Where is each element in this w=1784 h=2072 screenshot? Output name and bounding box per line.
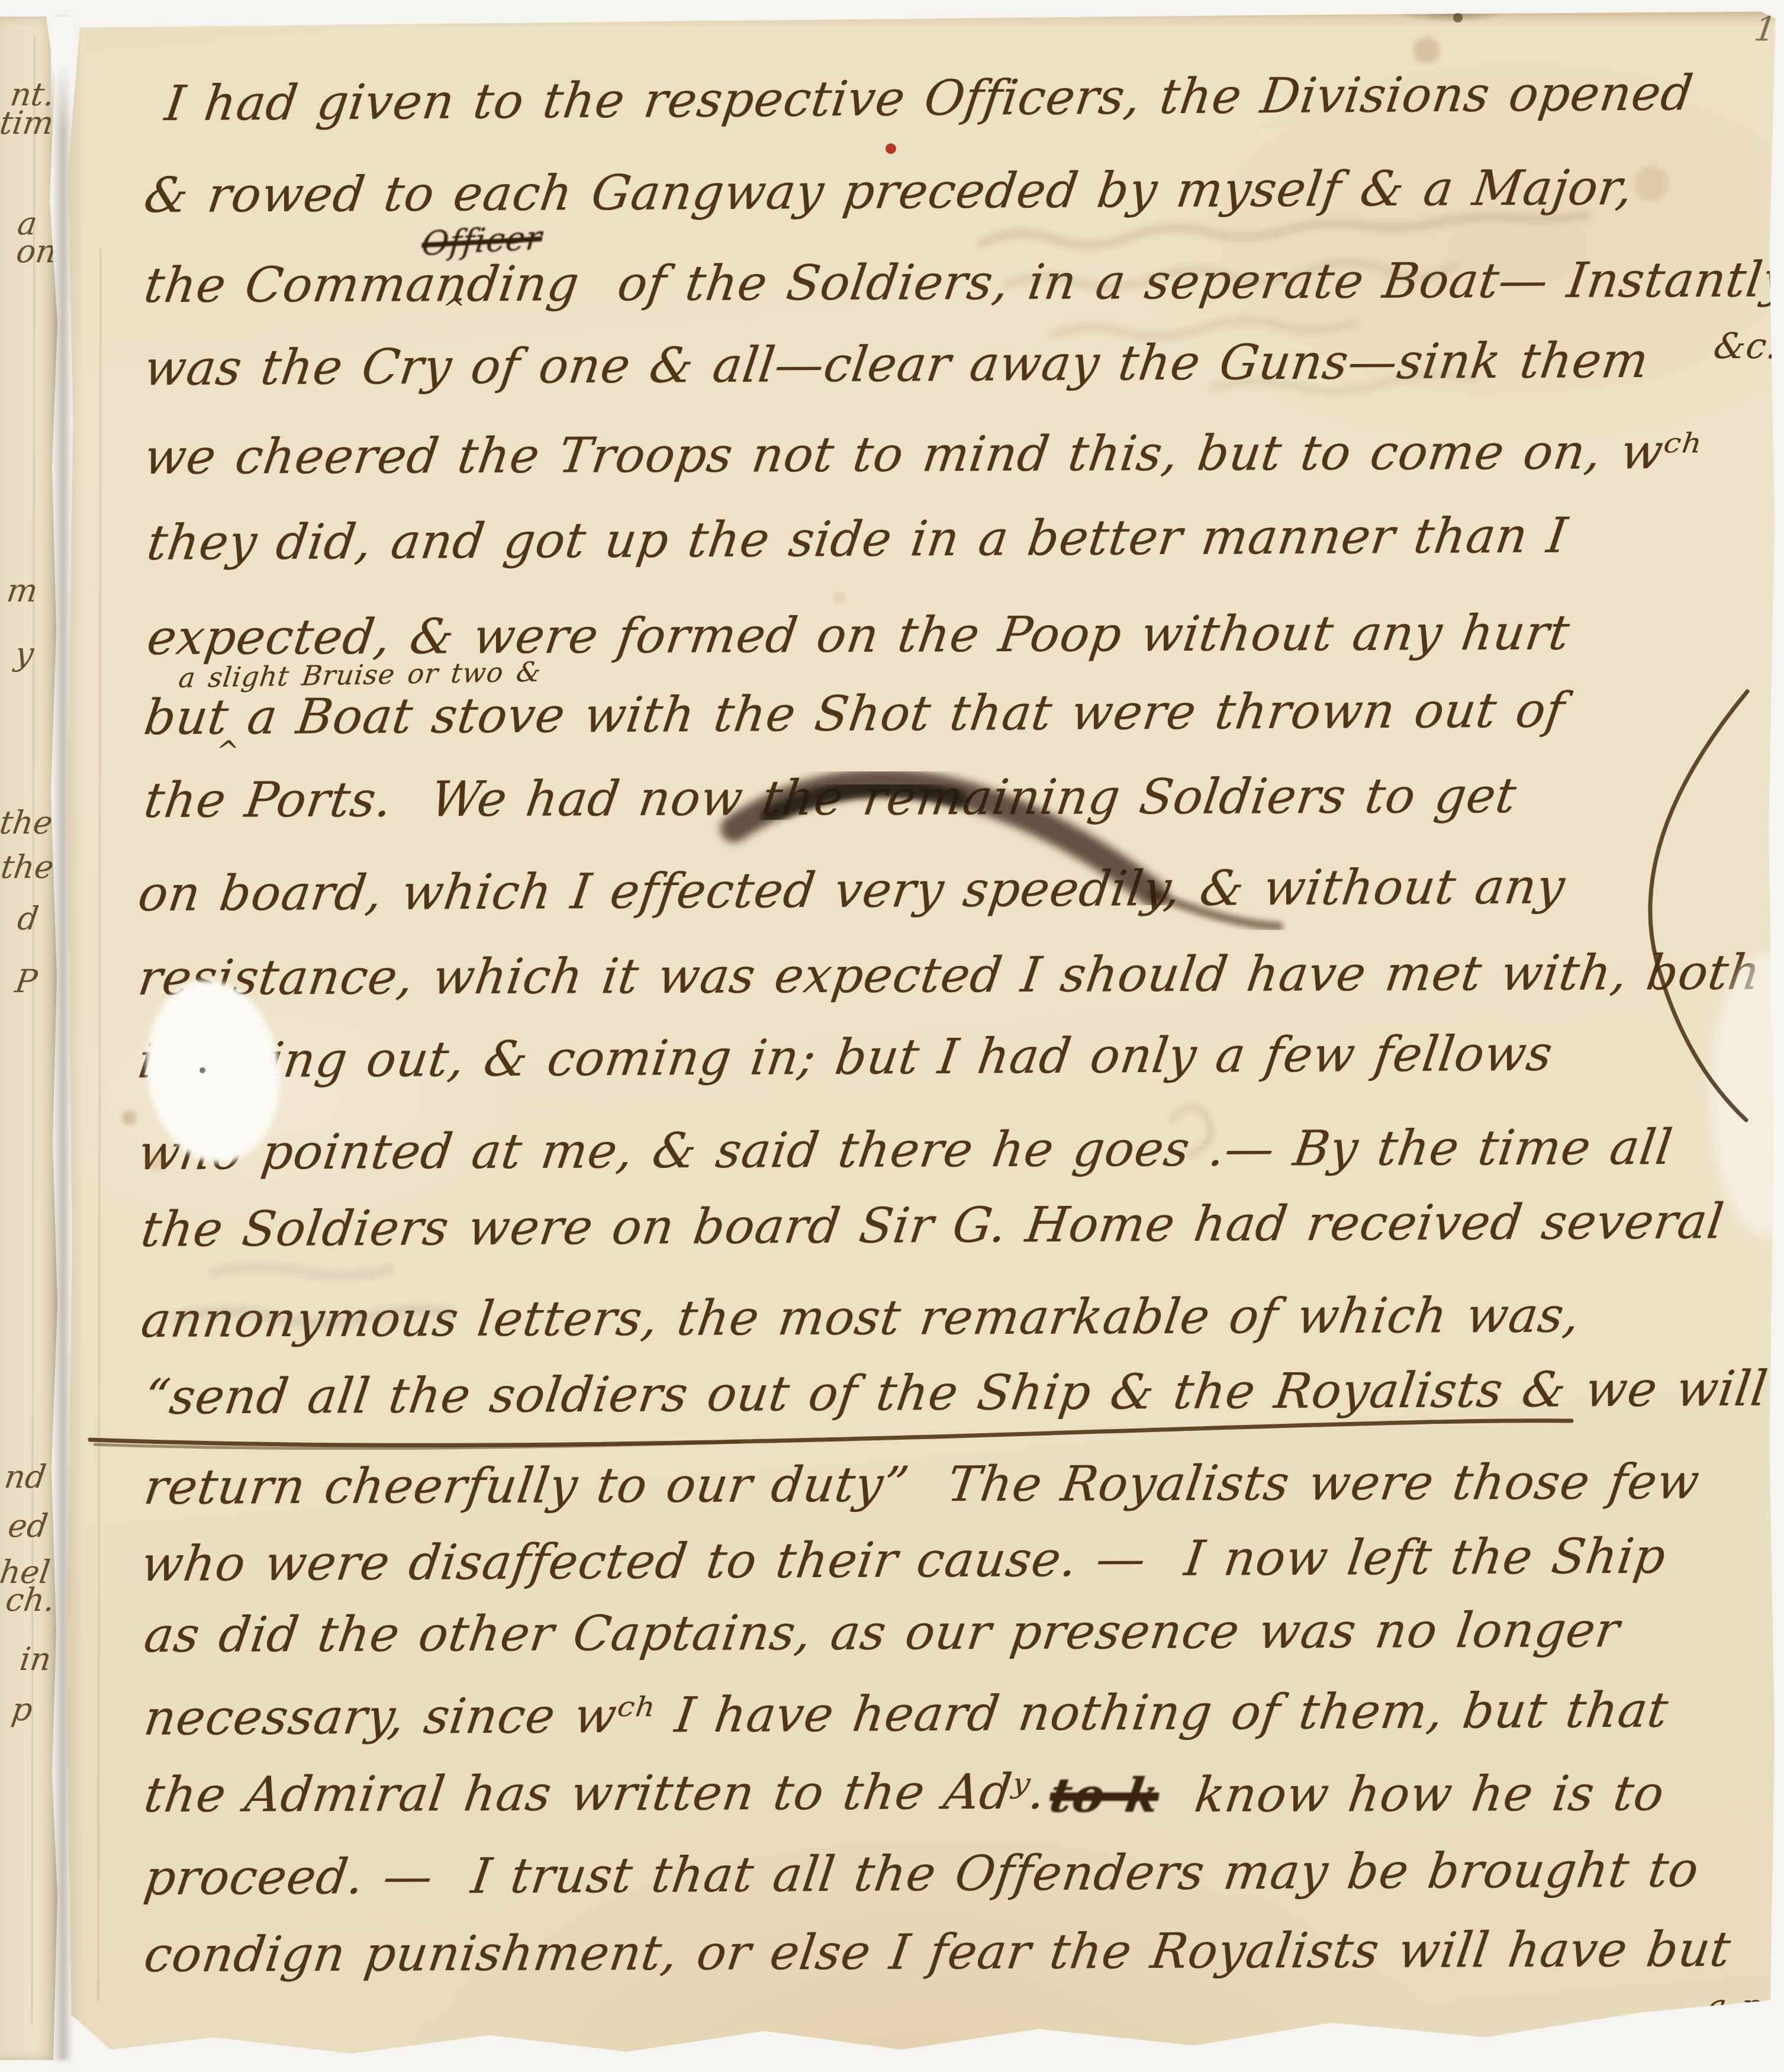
line-18: who were disaffected to their cause. — I… [139, 1533, 1669, 1590]
scanned-letter-page: { "palette":{ "scanner_background":"#f5f… [0, 0, 1784, 2072]
line-4: was the Cry of one & all—clear away the … [141, 337, 1652, 393]
previous-page-text-fragment: ed [6, 1507, 50, 1545]
line-3: the Commanding of the Soldiers, in a sep… [141, 256, 1784, 310]
line-9: the Ports. We had now the remaining Sold… [141, 772, 1519, 825]
line-16-quote: “send all the soldiers out of the Ship &… [141, 1365, 1770, 1422]
previous-page-text-fragment: tims [0, 104, 59, 141]
line-13: who pointed at me, & said there he goes … [136, 1124, 1676, 1177]
previous-page-text-fragment: P [13, 963, 40, 1000]
line-22: proceed. — I trust that all the Offender… [141, 1846, 1702, 1903]
previous-page-text-fragment: y [13, 635, 36, 673]
previous-page-text-fragment: ch. [4, 1581, 57, 1619]
previous-page-text-fragment: in [18, 1640, 54, 1678]
previous-page-text-fragment: thel [0, 848, 59, 886]
previous-page-text-fragment: p [9, 1691, 35, 1728]
insertion-officer-blotted: Officer [420, 221, 543, 261]
line-20: necessary, since wᶜʰ I have heard nothin… [141, 1687, 1671, 1743]
line-5: we cheered the Troops not to mind this, … [141, 428, 1706, 482]
page-number-pencil: 129 [1752, 12, 1784, 46]
line-17: return cheerfully to our duty” The Royal… [141, 1458, 1703, 1512]
line-23-carryover: a poor [1705, 1990, 1784, 2022]
line-19: as did the other Captains, as our presen… [141, 1606, 1623, 1660]
previous-page-text-fragment: nd [2, 1458, 49, 1495]
line-11: resistance, which it was expected I shou… [136, 948, 1764, 1003]
previous-page-text-fragment: ther [0, 804, 59, 841]
page: 1299I had given to the respective Office… [59, 6, 1778, 2066]
line-1: I had given to the respective Officers, … [162, 69, 1696, 128]
line-2: & rowed to each Gangway preceded by myse… [141, 164, 1636, 220]
line-4-etc-raised: &c. [1712, 329, 1782, 364]
previous-page-text-fragment: d [15, 900, 41, 937]
burned-top-edge [59, 6, 1778, 26]
line-7: expected, & were formed on the Poop with… [144, 609, 1573, 662]
line-21-struck-word: to k [1047, 1771, 1163, 1819]
line-23: condign punishment, or else I fear the R… [141, 1926, 1734, 1980]
insertion-slight-bruise: a slight Bruise or two & [177, 658, 543, 691]
page-gutter-highlight [51, 17, 75, 129]
line-8: but a Boat stove with the Shot that were… [141, 686, 1568, 742]
line-15: annonymous letters, the most remarkable … [139, 1292, 1583, 1346]
previous-page-fragment-strip: nt.timsaonmythertheldPndedhelch.inp [0, 17, 59, 2060]
line-21b: know how he is to [1192, 1769, 1667, 1820]
line-21a: the Admiral has written to the Adʸ. [141, 1768, 1049, 1820]
line-10: on board, which I effected very speedily… [136, 863, 1568, 919]
line-14: the Soldiers were on board Sir G. Home h… [139, 1198, 1727, 1254]
line-12: in going out, & coming in; but I had onl… [136, 1029, 1556, 1086]
previous-page-text-fragment: m [5, 572, 40, 609]
line-6: they did, and got up the side in a bette… [144, 511, 1570, 568]
